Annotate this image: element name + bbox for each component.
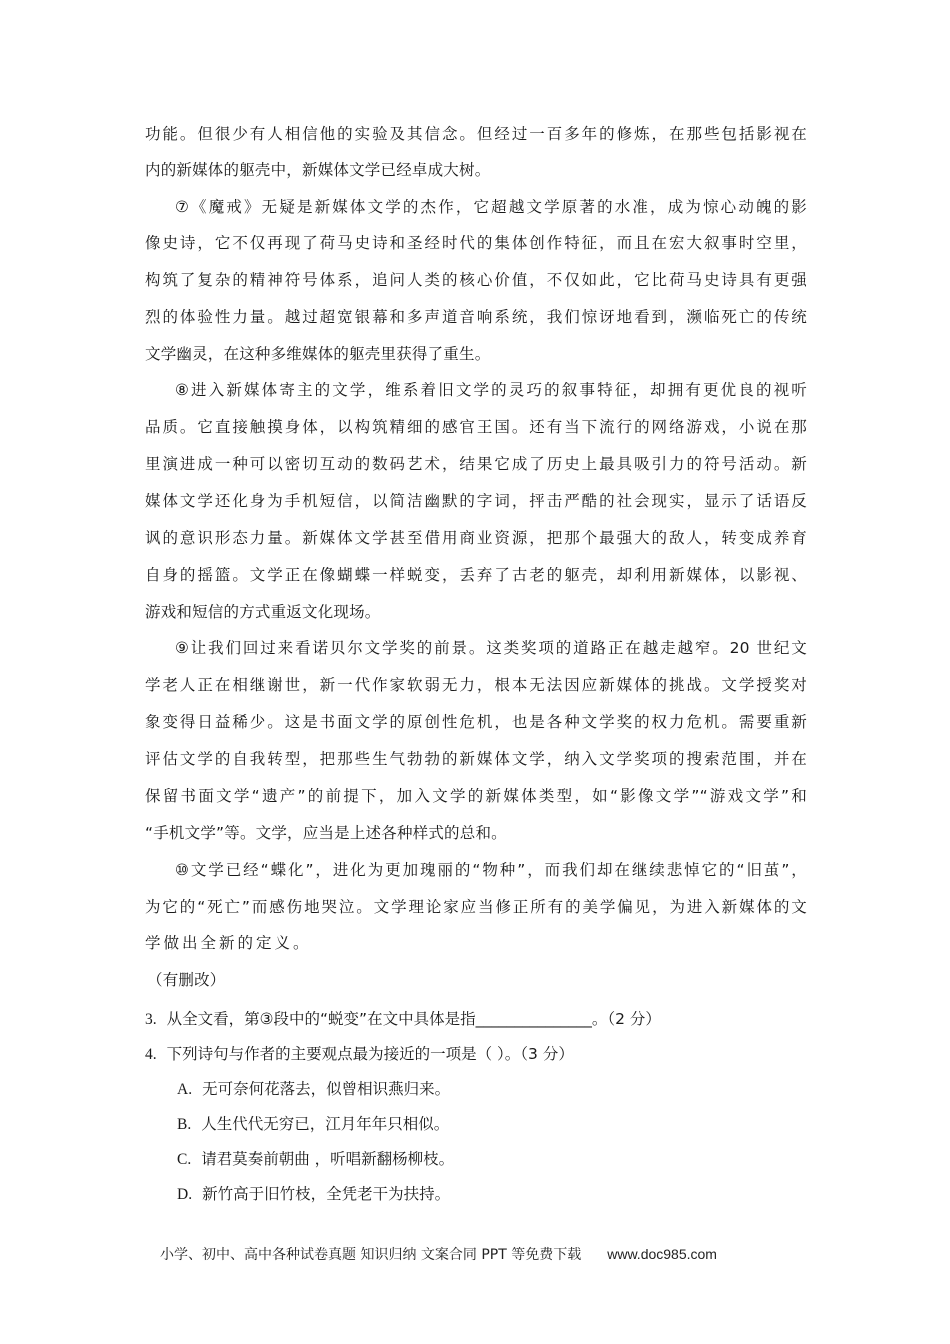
document-page: 功能。但很少有人相信他的实验及其信念。但经过一百多年的修炼，在那些包括影视在 内… bbox=[0, 0, 950, 1344]
option-a: A.无可奈何花落去，似曾相识燕归来。 bbox=[177, 1079, 450, 1100]
option-d: D.新竹高于旧竹枝，全凭老干为扶持。 bbox=[177, 1184, 450, 1205]
question-4-text: 下列诗句与作者的主要观点最为接近的一项是（ ）。（3 分） bbox=[167, 1045, 574, 1063]
paragraph-8-line-2: 品质。它直接触摸身体，以构筑精细的感官王国。还有当下流行的网络游戏，小说在那 bbox=[145, 417, 807, 437]
paragraph-8-line-4: 媒体文学还化身为手机短信，以简洁幽默的字词，抨击严酷的社会现实，显示了话语反 bbox=[145, 491, 807, 511]
footer-url[interactable]: www.doc985.com bbox=[607, 1246, 717, 1262]
source-note: （有删改） bbox=[147, 970, 809, 990]
paragraph-9-line-2: 学老人正在相继谢世，新一代作家软弱无力，根本无法因应新媒体的挑战。文学授奖对 bbox=[145, 675, 807, 695]
paragraph-8-line-6: 自身的摇篮。文学正在像蝴蝶一样蜕变，丢弃了古老的躯壳，却利用新媒体，以影视、 bbox=[145, 565, 807, 585]
paragraph-9-line-4: 评估文学的自我转型，把那些生气勃勃的新媒体文学，纳入文学奖项的搜索范围，并在 bbox=[145, 749, 807, 769]
paragraph-7-line-4: 烈的体验性力量。越过超宽银幕和多声道音响系统，我们惊讶地看到，濒临死亡的传统 bbox=[145, 307, 807, 327]
paragraph-8-line-5: 讽的意识形态力量。新媒体文学甚至借用商业资源，把那个最强大的敌人，转变成养育 bbox=[145, 528, 807, 548]
question-3-text: 从全文看，第③段中的“蜕变”在文中具体是指_______________。（2 … bbox=[167, 1010, 661, 1028]
page-footer: 小学、初中、高中各种试卷真题 知识归纳 文案合同 PPT 等免费下载www.do… bbox=[160, 1244, 717, 1265]
paragraph-9-line-1: ⑨让我们回过来看诺贝尔文学奖的前景。这类奖项的道路正在越走越窄。20 世纪文 bbox=[175, 638, 807, 658]
option-d-text: 新竹高于旧竹枝，全凭老干为扶持。 bbox=[202, 1185, 450, 1203]
question-3-number: 3. bbox=[145, 1011, 157, 1028]
paragraph-6-line-2: 内的新媒体的躯壳中，新媒体文学已经卓成大树。 bbox=[145, 160, 807, 180]
option-b: B.人生代代无穷已，江月年年只相似。 bbox=[177, 1114, 449, 1135]
option-a-text: 无可奈何花落去，似曾相识燕归来。 bbox=[202, 1080, 450, 1098]
option-c-text: 请君莫奏前朝曲 ，听唱新翻杨柳枝。 bbox=[201, 1150, 454, 1168]
option-c-letter: C. bbox=[177, 1151, 191, 1168]
paragraph-7-line-3: 构筑了复杂的精神符号体系，追问人类的核心价值，不仅如此，它比荷马史诗具有更强 bbox=[145, 270, 807, 290]
option-b-letter: B. bbox=[177, 1116, 191, 1133]
paragraph-7-line-1: ⑦《魔戒》无疑是新媒体文学的杰作，它超越文学原著的水准，成为惊心动魄的影 bbox=[175, 197, 807, 217]
question-4-number: 4. bbox=[145, 1046, 157, 1063]
option-c: C.请君莫奏前朝曲 ，听唱新翻杨柳枝。 bbox=[177, 1149, 454, 1170]
option-d-letter: D. bbox=[177, 1186, 192, 1203]
paragraph-6-line-1: 功能。但很少有人相信他的实验及其信念。但经过一百多年的修炼，在那些包括影视在 bbox=[145, 124, 807, 144]
paragraph-10-line-3: 学做出全新的定义。 bbox=[145, 933, 807, 953]
paragraph-10-line-1: ⑩文学已经“蝶化”，进化为更加瑰丽的“物种”，而我们却在继续悲悼它的“旧茧”， bbox=[175, 860, 807, 880]
paragraph-7-line-5: 文学幽灵，在这种多维媒体的躯壳里获得了重生。 bbox=[145, 344, 807, 364]
question-4: 4.下列诗句与作者的主要观点最为接近的一项是（ ）。（3 分） bbox=[145, 1044, 574, 1065]
option-b-text: 人生代代无穷已，江月年年只相似。 bbox=[201, 1115, 449, 1133]
paragraph-10-line-2: 为它的“死亡”而感伤地哭泣。文学理论家应当修正所有的美学偏见，为进入新媒体的文 bbox=[145, 897, 807, 917]
question-3: 3.从全文看，第③段中的“蜕变”在文中具体是指_______________。（… bbox=[145, 1009, 661, 1030]
paragraph-9-line-3: 象变得日益稀少。这是书面文学的原创性危机，也是各种文学奖的权力危机。需要重新 bbox=[145, 712, 807, 732]
paragraph-8-line-1: ⑧进入新媒体寄主的文学，维系着旧文学的灵巧的叙事特征，却拥有更优良的视听 bbox=[175, 380, 807, 400]
option-a-letter: A. bbox=[177, 1081, 192, 1098]
paragraph-7-line-2: 像史诗，它不仅再现了荷马史诗和圣经时代的集体创作特征，而且在宏大叙事时空里， bbox=[145, 233, 807, 253]
paragraph-8-line-7: 游戏和短信的方式重返文化现场。 bbox=[145, 602, 807, 622]
paragraph-8-line-3: 里演进成一种可以密切互动的数码艺术，结果它成了历史上最具吸引力的符号活动。新 bbox=[145, 454, 807, 474]
paragraph-9-line-6: “手机文学”等。文学，应当是上述各种样式的总和。 bbox=[145, 823, 807, 843]
footer-text: 小学、初中、高中各种试卷真题 知识归纳 文案合同 PPT 等免费下载 bbox=[160, 1247, 581, 1263]
paragraph-9-line-5: 保留书面文学“遗产”的前提下，加入文学的新媒体类型，如“影像文学”“游戏文学”和 bbox=[145, 786, 807, 806]
